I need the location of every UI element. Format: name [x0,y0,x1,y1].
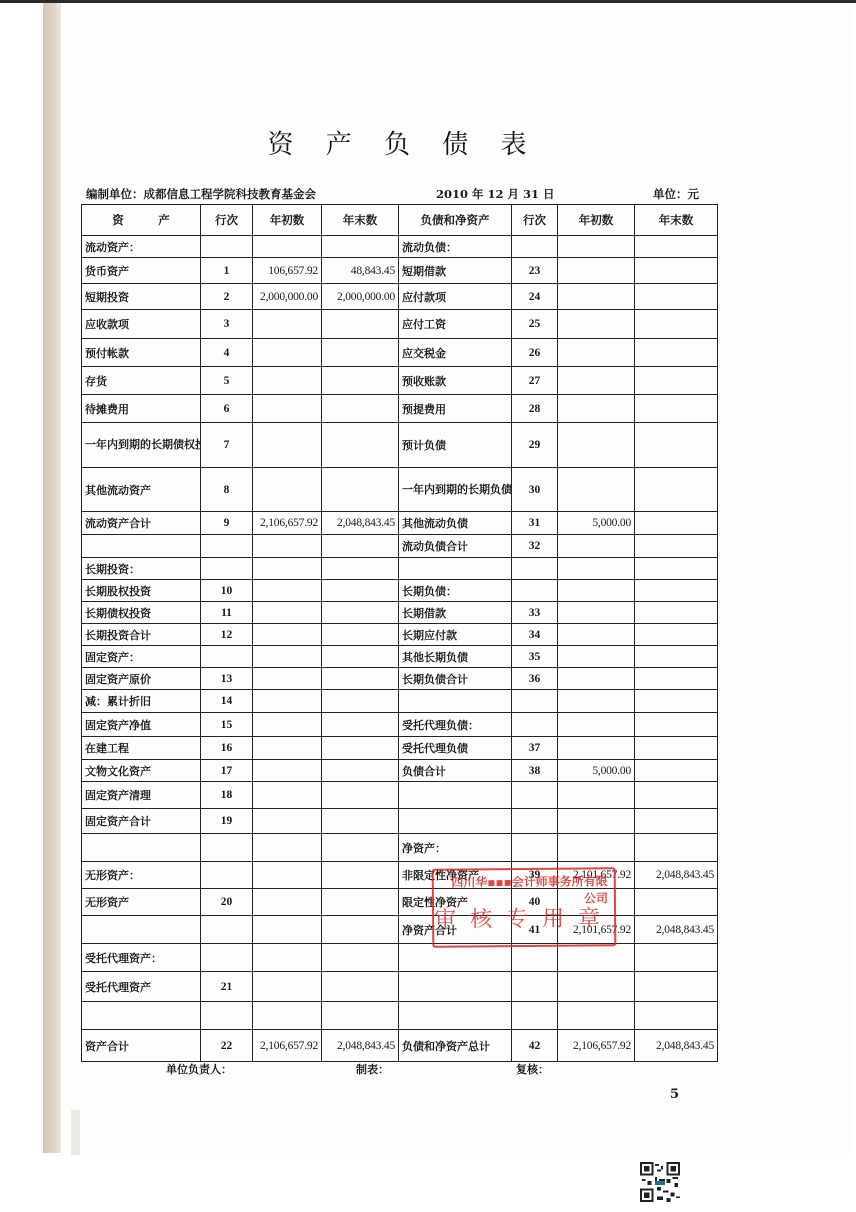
beginning-balance [253,535,322,558]
line-number: 26 [512,339,558,367]
asset-item: 长期债权投资 [82,602,201,624]
ending-balance [322,809,399,834]
beginning-balance [253,624,322,646]
ending-balance: 2,048,843.45 [322,512,399,535]
line-number [512,713,558,737]
beginning-balance [253,423,322,468]
liability-item [399,944,512,972]
asset-item: 受托代理资产 [82,972,201,1002]
liability-item [399,1002,512,1030]
line-number: 24 [512,284,558,310]
liability-item: 应付工资 [399,310,512,339]
beginning-balance [558,258,635,284]
beginning-balance [558,558,635,580]
ending-balance [635,423,718,468]
beginning-balance [558,535,635,558]
beginning-balance [253,339,322,367]
line-number [512,782,558,809]
preparing-organization: 编制单位：成都信息工程学院科技教育基金会 [86,186,316,202]
liability-item: 短期借款 [399,258,512,284]
beginning-balance [253,690,322,713]
currency-unit: 单位：元 [653,186,699,202]
line-number: 16 [201,737,253,760]
beginning-balance [558,668,635,690]
ending-balance [322,423,399,468]
liability-item: 应交税金 [399,339,512,367]
ending-balance [635,512,718,535]
ending-balance [322,737,399,760]
table-row: 固定资产净值15受托代理负债： [82,713,718,737]
ending-balance [635,535,718,558]
ending-balance [635,395,718,423]
asset-item: 固定资产净值 [82,713,201,737]
prepared-by-value: 成都信息工程学院科技教育基金会 [144,187,317,201]
header-liabilities: 负债和净资产 [399,205,512,236]
line-number [201,558,253,580]
line-number: 17 [201,760,253,782]
ending-balance [322,558,399,580]
asset-item: 受托代理资产： [82,944,201,972]
ending-balance [635,367,718,395]
line-number [512,944,558,972]
ending-balance [635,468,718,512]
ending-balance [635,339,718,367]
ending-balance [635,310,718,339]
asset-item: 货币资产 [82,258,201,284]
ending-balance [635,602,718,624]
table-row: 其他流动资产8一年内到期的长期负债30 [82,468,718,512]
ending-balance [322,713,399,737]
line-number: 7 [201,423,253,468]
beginning-balance [253,668,322,690]
table-row: 流动资产合计92,106,657.922,048,843.45其他流动负债315… [82,512,718,535]
beginning-balance [558,713,635,737]
liability-item [399,972,512,1002]
ending-balance [635,258,718,284]
header-line-no: 行次 [201,205,253,236]
ending-balance [322,395,399,423]
table-row: 长期投资： [82,558,718,580]
liability-item: 负债合计 [399,760,512,782]
line-number [512,972,558,1002]
line-number [512,236,558,258]
ending-balance [635,624,718,646]
liability-item: 长期应付款 [399,624,512,646]
table-row [82,1002,718,1030]
beginning-balance [253,809,322,834]
asset-item: 流动资产： [82,236,201,258]
liability-item [399,558,512,580]
ending-balance: 2,048,843.45 [635,862,718,889]
line-number: 23 [512,258,558,284]
ending-balance [635,284,718,310]
liability-item: 其他长期负债 [399,646,512,668]
page-edge-shadow-lower [71,1110,80,1155]
table-row: 一年内到期的长期债权投资7预计负债29 [82,423,718,468]
beginning-balance [253,916,322,944]
line-number: 22 [201,1030,253,1062]
liability-item: 流动负债： [399,236,512,258]
beginning-balance [558,602,635,624]
footer-reviewer-label: 复核： [516,1061,549,1077]
beginning-balance [558,1002,635,1030]
table-row: 应收款项3应付工资25 [82,310,718,339]
ending-balance [635,760,718,782]
line-number: 42 [512,1030,558,1062]
line-number [512,1002,558,1030]
asset-item: 固定资产清理 [82,782,201,809]
line-number: 21 [201,972,253,1002]
ending-balance [322,972,399,1002]
line-number: 31 [512,512,558,535]
report-date: 2010 年 12 月 31 日 [436,186,555,202]
footer-head-label: 单位负责人： [166,1061,232,1077]
header-assets: 资 产 [82,205,201,236]
line-number: 32 [512,535,558,558]
asset-item: 减：累计折旧 [82,690,201,713]
line-number [512,580,558,602]
line-number: 19 [201,809,253,834]
header-line-no-right: 行次 [512,205,558,236]
asset-item: 长期股权投资 [82,580,201,602]
liability-item: 预收账款 [399,367,512,395]
asset-item [82,1002,201,1030]
liability-item: 预提费用 [399,395,512,423]
ending-balance [635,944,718,972]
line-number [201,916,253,944]
beginning-balance [253,713,322,737]
liability-item [399,809,512,834]
beginning-balance [558,339,635,367]
ending-balance [322,760,399,782]
beginning-balance [558,367,635,395]
header-ending: 年末数 [322,205,399,236]
line-number: 2 [201,284,253,310]
ending-balance [635,668,718,690]
beginning-balance [253,236,322,258]
asset-item: 流动资产合计 [82,512,201,535]
beginning-balance: 5,000.00 [558,760,635,782]
qr-code-icon [640,1162,680,1202]
line-number [512,558,558,580]
ending-balance [322,1002,399,1030]
beginning-balance: 5,000.00 [558,512,635,535]
line-number: 11 [201,602,253,624]
ending-balance [635,737,718,760]
asset-item: 文物文化资产 [82,760,201,782]
asset-item: 存货 [82,367,201,395]
ending-balance [322,310,399,339]
line-number: 37 [512,737,558,760]
beginning-balance: 2,106,657.92 [253,512,322,535]
prepared-by-label: 编制单位： [86,187,144,201]
footer-preparer-label: 制表： [356,1061,389,1077]
asset-item: 长期投资合计 [82,624,201,646]
line-number [512,809,558,834]
ending-balance [322,624,399,646]
beginning-balance [253,972,322,1002]
beginning-balance [253,1002,322,1030]
ending-balance: 2,048,843.45 [635,1030,718,1062]
line-number: 15 [201,713,253,737]
line-number [512,690,558,713]
liability-item: 一年内到期的长期负债 [399,468,512,512]
table-row: 固定资产合计19 [82,809,718,834]
beginning-balance: 2,000,000.00 [253,284,322,310]
beginning-balance [558,310,635,339]
ending-balance [635,809,718,834]
beginning-balance [558,468,635,512]
table-row: 流动资产：流动负债： [82,236,718,258]
ending-balance [635,558,718,580]
liability-item: 长期负债合计 [399,668,512,690]
liability-item: 预计负债 [399,423,512,468]
beginning-balance [253,862,322,889]
table-row: 预付帐款4应交税金26 [82,339,718,367]
beginning-balance [253,782,322,809]
beginning-balance [558,284,635,310]
beginning-balance [253,834,322,862]
ending-balance [322,468,399,512]
beginning-balance [558,690,635,713]
line-number: 34 [512,624,558,646]
line-number [201,834,253,862]
asset-item: 一年内到期的长期债权投资 [82,423,201,468]
line-number [201,944,253,972]
line-number: 20 [201,889,253,916]
balance-sheet-table: 资 产 行次 年初数 年末数 负债和净资产 行次 年初数 年末数 流动资产：流动… [81,204,718,1062]
table-row: 固定资产原价13长期负债合计36 [82,668,718,690]
table-row: 长期投资合计12长期应付款34 [82,624,718,646]
asset-item: 长期投资： [82,558,201,580]
line-number [201,236,253,258]
table-row: 货币资产1106,657.9248,843.45短期借款23 [82,258,718,284]
ending-balance [635,646,718,668]
beginning-balance [558,944,635,972]
asset-item: 固定资产合计 [82,809,201,834]
beginning-balance [558,236,635,258]
ending-balance [322,236,399,258]
beginning-balance [558,646,635,668]
ending-balance [635,834,718,862]
beginning-balance [558,972,635,1002]
ending-balance [322,862,399,889]
asset-item [82,916,201,944]
ending-balance [635,580,718,602]
asset-item: 其他流动资产 [82,468,201,512]
line-number: 8 [201,468,253,512]
document-title: 资 产 负 债 表 [0,124,806,161]
ending-balance [635,690,718,713]
line-number: 30 [512,468,558,512]
table-row: 固定资产清理18 [82,782,718,809]
beginning-balance [253,889,322,916]
table-row: 减：累计折旧14 [82,690,718,713]
beginning-balance [558,737,635,760]
beginning-balance: 106,657.92 [253,258,322,284]
ending-balance [322,602,399,624]
beginning-balance [253,646,322,668]
ending-balance [322,916,399,944]
beginning-balance [558,395,635,423]
header-ending-right: 年末数 [635,205,718,236]
line-number: 33 [512,602,558,624]
beginning-balance: 2,106,657.92 [253,1030,322,1062]
ending-balance [322,690,399,713]
line-number: 6 [201,395,253,423]
line-number: 27 [512,367,558,395]
table-row: 无形资产：非限定性净资产392,101,657.922,048,843.45 [82,862,718,889]
asset-item: 固定资产： [82,646,201,668]
balance-sheet-body: 流动资产：流动负债：货币资产1106,657.9248,843.45短期借款23… [82,236,718,1062]
line-number: 25 [512,310,558,339]
table-row: 待摊费用6预提费用28 [82,395,718,423]
asset-item: 固定资产原价 [82,668,201,690]
table-row: 净资产： [82,834,718,862]
ending-balance [322,782,399,809]
line-number [512,834,558,862]
table-row: 存货5预收账款27 [82,367,718,395]
audit-stamp: 四川华▪▪▪会计师事务所有限公司 审核专用章 [432,867,617,948]
ending-balance [322,668,399,690]
table-row: 受托代理资产： [82,944,718,972]
beginning-balance [253,944,322,972]
liability-item: 其他流动负债 [399,512,512,535]
table-row: 净资产合计412,101,657.922,048,843.45 [82,916,718,944]
line-number: 28 [512,395,558,423]
asset-item: 无形资产： [82,862,201,889]
liability-item: 负债和净资产总计 [399,1030,512,1062]
table-row: 短期投资22,000,000.002,000,000.00应付款项24 [82,284,718,310]
line-number: 5 [201,367,253,395]
liability-item: 净资产： [399,834,512,862]
asset-item: 预付帐款 [82,339,201,367]
line-number [201,646,253,668]
beginning-balance [558,580,635,602]
beginning-balance [253,310,322,339]
table-row: 无形资产20限定性净资产40 [82,889,718,916]
ending-balance [322,834,399,862]
beginning-balance [253,558,322,580]
asset-item: 应收款项 [82,310,201,339]
beginning-balance [558,423,635,468]
table-row: 受托代理资产21 [82,972,718,1002]
liability-item: 受托代理负债 [399,737,512,760]
ending-balance [635,713,718,737]
line-number: 3 [201,310,253,339]
beginning-balance [253,395,322,423]
asset-item: 在建工程 [82,737,201,760]
beginning-balance [253,580,322,602]
liability-item [399,690,512,713]
page-edge-shadow [43,3,61,1153]
ending-balance [322,367,399,395]
asset-item: 待摊费用 [82,395,201,423]
line-number: 36 [512,668,558,690]
liability-item: 受托代理负债： [399,713,512,737]
table-row: 在建工程16受托代理负债37 [82,737,718,760]
line-number: 9 [201,512,253,535]
table-row: 长期股权投资10长期负债： [82,580,718,602]
table-row: 文物文化资产17负债合计385,000.00 [82,760,718,782]
liability-item: 长期借款 [399,602,512,624]
ending-balance [322,580,399,602]
beginning-balance [558,809,635,834]
asset-item [82,535,201,558]
line-number: 12 [201,624,253,646]
line-number: 4 [201,339,253,367]
liability-item: 长期负债： [399,580,512,602]
table-row: 流动负债合计32 [82,535,718,558]
line-number [201,1002,253,1030]
beginning-balance [558,624,635,646]
table-row: 资产合计222,106,657.922,048,843.45负债和净资产总计42… [82,1030,718,1062]
asset-item [82,834,201,862]
header-beginning-right: 年初数 [558,205,635,236]
beginning-balance [253,602,322,624]
line-number [201,862,253,889]
line-number [201,535,253,558]
beginning-balance [558,782,635,809]
beginning-balance [253,468,322,512]
ending-balance [322,889,399,916]
beginning-balance: 2,106,657.92 [558,1030,635,1062]
liability-item: 应付款项 [399,284,512,310]
line-number: 38 [512,760,558,782]
ending-balance [322,646,399,668]
line-number: 29 [512,423,558,468]
page-number: 5 [670,1087,679,1102]
line-number: 35 [512,646,558,668]
asset-item: 资产合计 [82,1030,201,1062]
ending-balance [635,972,718,1002]
header-beginning: 年初数 [253,205,322,236]
line-number: 10 [201,580,253,602]
beginning-balance [558,834,635,862]
beginning-balance [253,760,322,782]
beginning-balance [253,737,322,760]
line-number: 18 [201,782,253,809]
ending-balance [635,782,718,809]
ending-balance: 2,048,843.45 [322,1030,399,1062]
ending-balance: 2,000,000.00 [322,284,399,310]
ending-balance: 48,843.45 [322,258,399,284]
line-number: 14 [201,690,253,713]
line-number: 13 [201,668,253,690]
beginning-balance [253,367,322,395]
ending-balance [635,889,718,916]
line-number: 1 [201,258,253,284]
ending-balance [322,535,399,558]
asset-item: 无形资产 [82,889,201,916]
table-header-row: 资 产 行次 年初数 年末数 负债和净资产 行次 年初数 年末数 [82,205,718,236]
ending-balance: 2,048,843.45 [635,916,718,944]
liability-item [399,782,512,809]
ending-balance [322,339,399,367]
ending-balance [635,1002,718,1030]
ending-balance [322,944,399,972]
table-row: 固定资产：其他长期负债35 [82,646,718,668]
ending-balance [635,236,718,258]
liability-item: 流动负债合计 [399,535,512,558]
asset-item: 短期投资 [82,284,201,310]
table-row: 长期债权投资11长期借款33 [82,602,718,624]
stamp-main-text: 审核专用章 [434,901,614,934]
